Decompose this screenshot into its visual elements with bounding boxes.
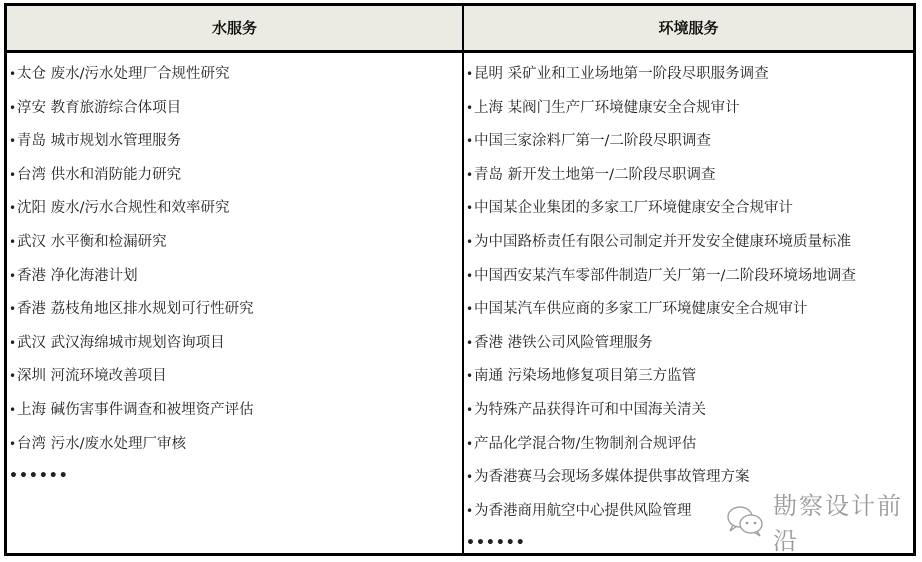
list-item-text: 为特殊产品获得许可和中国海关清关 [474, 402, 706, 418]
list-item: •台湾 污水/废水处理厂审核 [9, 428, 459, 462]
bullet-icon: • [466, 428, 474, 462]
watermark: 勘察设计前沿 [725, 503, 922, 539]
bullet-icon: • [9, 260, 17, 294]
list-item: •南通 污染场地修复项目第三方监管 [466, 360, 912, 394]
list-item-text: 香港 港铁公司风险管理服务 [474, 335, 653, 351]
bullet-icon: • [9, 192, 17, 226]
list-item: •香港 净化海港计划 [9, 260, 459, 294]
header-water-services: 水服务 [7, 6, 462, 50]
bullet-icon: • [466, 58, 474, 92]
list-item-text: 中国三家涂料厂第一/二阶段尽职调查 [474, 133, 711, 149]
table-header: 水服务 环境服务 [7, 6, 913, 53]
list-item: •青岛 新开发土地第一/二阶段尽职调查 [466, 159, 912, 193]
list-item: •中国某汽车供应商的多家工厂环境健康安全合规审计 [466, 293, 912, 327]
list-item-text: 为香港商用航空中心提供风险管理 [474, 503, 692, 519]
bullet-icon: • [9, 159, 17, 193]
list-item: •产品化学混合物/生物制剂合规评估 [466, 428, 912, 462]
bullet-icon: • [466, 360, 474, 394]
list-item: •太仓 废水/污水处理厂合规性研究 [9, 58, 459, 92]
list-item: •上海 碱伤害事件调查和被埋资产评估 [9, 394, 459, 428]
bullet-icon: • [466, 327, 474, 361]
bullet-icon: • [466, 293, 474, 327]
list-item: •香港 荔枝角地区排水规划可行性研究 [9, 293, 459, 327]
wechat-icon [725, 504, 765, 538]
list-item-text: 为香港赛马会现场多媒体提供事故管理方案 [474, 469, 750, 485]
list-item: •青岛 城市规划水管理服务 [9, 125, 459, 159]
more-ellipsis: •••••• [9, 461, 459, 495]
list-item-text: 昆明 采矿业和工业场地第一阶段尽职服务调查 [474, 66, 769, 82]
bullet-icon: • [466, 495, 474, 529]
services-table: 水服务 环境服务 •太仓 废水/污水处理厂合规性研究•淳安 教育旅游综合体项目•… [4, 3, 916, 556]
bullet-icon: • [9, 428, 17, 462]
list-item: •香港 港铁公司风险管理服务 [466, 327, 912, 361]
list-item-text: 香港 净化海港计划 [17, 268, 138, 284]
list-item-text: 上海 碱伤害事件调查和被埋资产评估 [17, 402, 254, 418]
list-item-text: 中国某汽车供应商的多家工厂环境健康安全合规审计 [474, 301, 808, 317]
bullet-icon: • [9, 394, 17, 428]
list-item: •中国某企业集团的多家工厂环境健康安全合规审计 [466, 192, 912, 226]
bullet-icon: • [9, 226, 17, 260]
bullet-icon: • [9, 92, 17, 126]
list-item-text: 台湾 供水和消防能力研究 [17, 167, 181, 183]
list-item: •为中国路桥责任有限公司制定并开发安全健康环境质量标准 [466, 226, 912, 260]
list-item-text: 深圳 河流环境改善项目 [17, 368, 167, 384]
column-divider [462, 6, 464, 553]
watermark-text: 勘察设计前沿 [773, 486, 922, 556]
bullet-icon: • [466, 226, 474, 260]
list-item: •武汉 水平衡和检漏研究 [9, 226, 459, 260]
list-item-text: 青岛 城市规划水管理服务 [17, 133, 181, 149]
bullet-icon: • [9, 125, 17, 159]
list-item: •深圳 河流环境改善项目 [9, 360, 459, 394]
list-item-text: 中国西安某汽车零部件制造厂关厂第一/二阶段环境场地调查 [474, 268, 856, 284]
list-item-text: 为中国路桥责任有限公司制定并开发安全健康环境质量标准 [474, 234, 851, 250]
bullet-icon: • [9, 327, 17, 361]
list-item-text: 产品化学混合物/生物制剂合规评估 [474, 436, 696, 452]
list-item: •昆明 采矿业和工业场地第一阶段尽职服务调查 [466, 58, 912, 92]
bullet-icon: • [466, 92, 474, 126]
bullet-icon: • [466, 125, 474, 159]
list-item: •上海 某阀门生产厂环境健康安全合规审计 [466, 92, 912, 126]
list-item: •台湾 供水和消防能力研究 [9, 159, 459, 193]
list-item: •沈阳 废水/污水合规性和效率研究 [9, 192, 459, 226]
list-item: •中国三家涂料厂第一/二阶段尽职调查 [466, 125, 912, 159]
list-item-text: 武汉 武汉海绵城市规划咨询项目 [17, 335, 225, 351]
list-item: •淳安 教育旅游综合体项目 [9, 92, 459, 126]
bullet-icon: • [9, 293, 17, 327]
bullet-icon: • [466, 192, 474, 226]
bullet-icon: • [466, 159, 474, 193]
bullet-icon: • [9, 58, 17, 92]
water-services-list: •太仓 废水/污水处理厂合规性研究•淳安 教育旅游综合体项目•青岛 城市规划水管… [9, 58, 459, 495]
list-item: •为特殊产品获得许可和中国海关清关 [466, 394, 912, 428]
bullet-icon: • [9, 360, 17, 394]
list-item-text: 太仓 废水/污水处理厂合规性研究 [17, 66, 230, 82]
list-item-text: 青岛 新开发土地第一/二阶段尽职调查 [474, 167, 716, 183]
bullet-icon: • [466, 394, 474, 428]
list-item-text: 香港 荔枝角地区排水规划可行性研究 [17, 301, 254, 317]
list-item-text: 中国某企业集团的多家工厂环境健康安全合规审计 [474, 200, 793, 216]
bullet-icon: • [466, 461, 474, 495]
list-item-text: 上海 某阀门生产厂环境健康安全合规审计 [474, 100, 740, 116]
list-item: •武汉 武汉海绵城市规划咨询项目 [9, 327, 459, 361]
header-environment-services: 环境服务 [464, 6, 913, 50]
list-item-text: 淳安 教育旅游综合体项目 [17, 100, 181, 116]
list-item-text: 台湾 污水/废水处理厂审核 [17, 436, 186, 452]
list-item-text: 沈阳 废水/污水合规性和效率研究 [17, 200, 230, 216]
bullet-icon: • [466, 260, 474, 294]
list-item-text: 南通 污染场地修复项目第三方监管 [474, 368, 696, 384]
list-item-text: 武汉 水平衡和检漏研究 [17, 234, 167, 250]
list-item: •中国西安某汽车零部件制造厂关厂第一/二阶段环境场地调查 [466, 260, 912, 294]
